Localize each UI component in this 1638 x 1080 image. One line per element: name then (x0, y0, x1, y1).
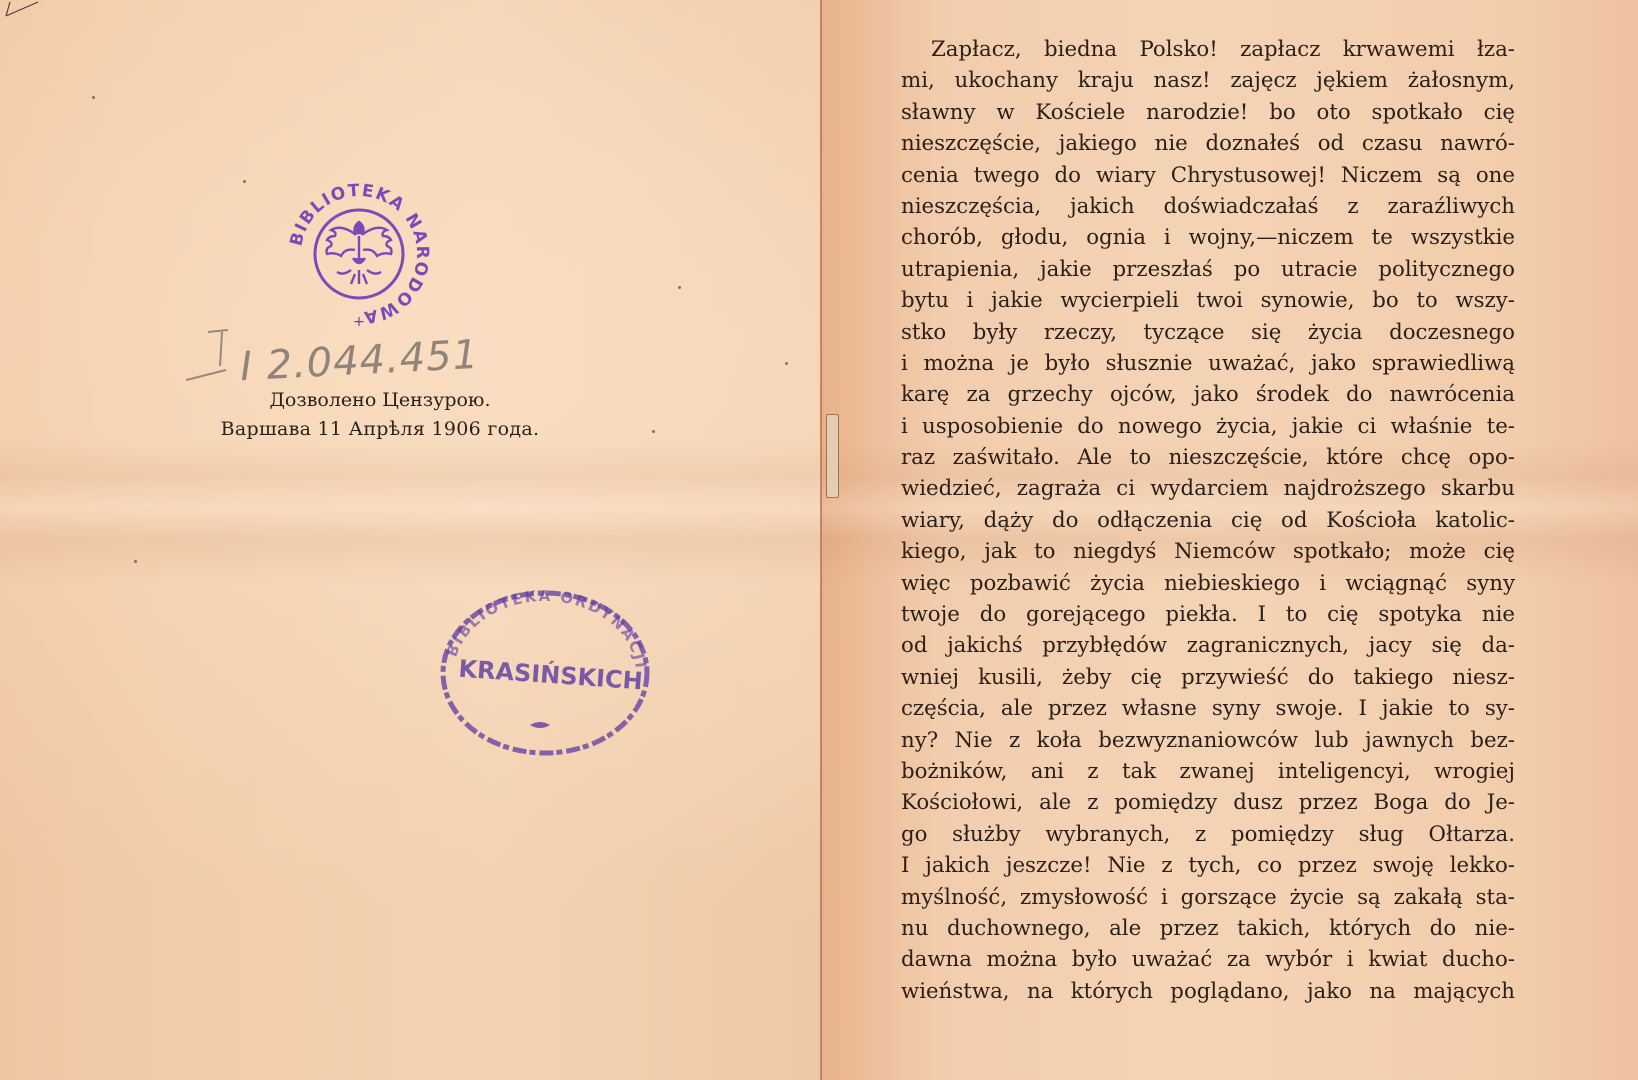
book-spread: BIBLIOTEKA NARODOWA + I 2.044.451 Дозвол… (0, 0, 1638, 1080)
national-library-stamp-icon: BIBLIOTEKA NARODOWA + (283, 178, 435, 330)
text-line: karę za grzechy ojców, jako środek do na… (901, 379, 1515, 410)
text-line: go służby wybranych, z pomiędzy sług Ołt… (901, 819, 1515, 850)
text-line: wiary, dąży do odłączenia cię od Kościoł… (901, 505, 1515, 536)
krasinski-library-stamp-icon: BIBLIOTEKA ORDYNACJI KRASIŃSKICH (430, 585, 660, 760)
text-line: i usposobienie do nowego życia, jakie ci… (901, 411, 1515, 442)
censorship-approval: Дозволено Цензурою. (170, 386, 590, 415)
text-line: chorób, głodu, ognia i wojny,—niczem te … (901, 222, 1515, 253)
text-line: wiedzieć, zagraża ci wydarciem najdroższ… (901, 473, 1515, 504)
text-line: Kościołowi, ale z pomiędzy dusz przez Bo… (901, 787, 1515, 818)
right-page-body-text: Zapłacz, biedna Polsko! zapłacz krwawemi… (901, 34, 1515, 1007)
text-line: częścia, ale przez własne syny swoje. I … (901, 693, 1515, 724)
text-line: mi, ukochany kraju nasz! zajęcz jękiem ż… (901, 65, 1515, 96)
text-line: nu duchownego, ale przez takich, których… (901, 913, 1515, 944)
text-line: więc pozbawić życia niebieskiego i wciąg… (901, 568, 1515, 599)
book-spine (820, 0, 822, 1080)
paper-speck (92, 96, 95, 99)
text-line: I jakich jeszcze! Nie z tych, co przez s… (901, 850, 1515, 881)
text-line: dawna można było uważać za wybór i kwiat… (901, 944, 1515, 975)
text-line: i można je było słusznie uważać, jako sp… (901, 348, 1515, 379)
text-line: kiego, jak to niegdyś Niemców spotkało; … (901, 536, 1515, 567)
svg-text:KRASIŃSKICH: KRASIŃSKICH (458, 654, 644, 696)
paper-speck (134, 560, 137, 563)
text-line: sławny w Kościele narodzie! bo oto spotk… (901, 97, 1515, 128)
text-line: stko były rzeczy, tyczące się życia docz… (901, 317, 1515, 348)
censorship-date: Варшава 11 Апрѣля 1906 года. (170, 415, 590, 444)
paper-speck (652, 430, 655, 433)
paper-speck (678, 286, 681, 289)
text-line: wniej kusili, żeby cię przywieść do taki… (901, 662, 1515, 693)
paper-tab-fragment (826, 414, 839, 498)
text-line: bytu i jakie wycierpieli twoi synowie, b… (901, 285, 1515, 316)
text-line: cenia twego do wiary Chrystusowej! Nicze… (901, 160, 1515, 191)
text-line: nieszczęścia, jakich doświadczałaś z zar… (901, 191, 1515, 222)
text-line: myślność, zmysłowość i gorszące życie są… (901, 882, 1515, 913)
text-line: wieństwa, na których poglądano, jako na … (901, 976, 1515, 1007)
text-line: bożników, ani z tak zwanej inteligencyi,… (901, 756, 1515, 787)
corner-pencil-mark-icon (2, 0, 42, 18)
text-line: Zapłacz, biedna Polsko! zapłacz krwawemi… (901, 34, 1515, 65)
paper-speck (243, 180, 246, 183)
eagle-emblem-icon (327, 222, 392, 284)
text-line: ny? Nie z koła bezwyznaniowców lub jawny… (901, 725, 1515, 756)
text-line: raz zaświtało. Ale to nieszczęście, któr… (901, 442, 1515, 473)
text-line: utrapienia, jakie przeszłaś po utracie p… (901, 254, 1515, 285)
text-line: od jakichś przybłędów zagranicznych, jac… (901, 630, 1515, 661)
text-line: nieszczęście, jakiego nie doznałeś od cz… (901, 128, 1515, 159)
censorship-note: Дозволено Цензурою. Варшава 11 Апрѣля 19… (170, 386, 590, 444)
paper-speck (785, 362, 788, 365)
text-line: twoje do gorejącego piekła. I to cię spo… (901, 599, 1515, 630)
